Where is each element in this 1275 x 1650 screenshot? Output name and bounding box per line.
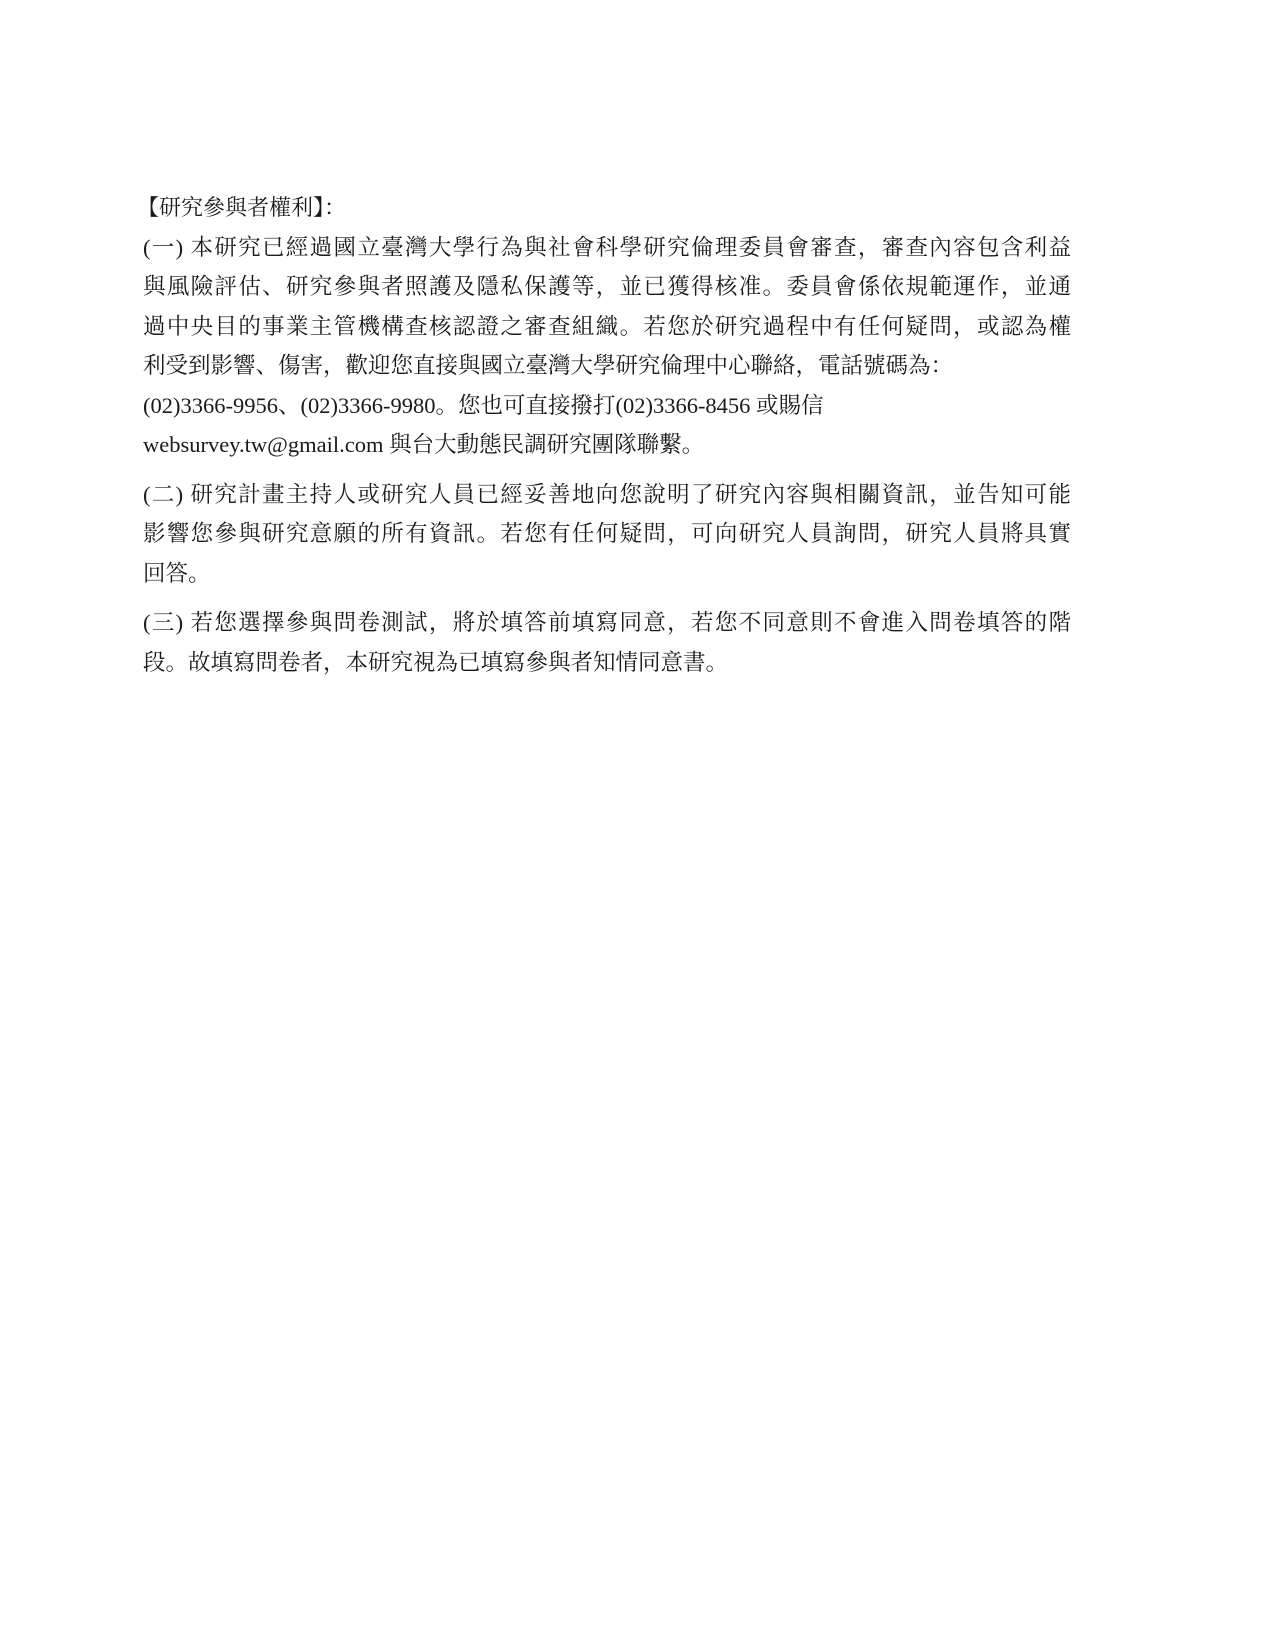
paragraph-1-line-1: (一)本研究已經過國立臺灣大學行為與社會科學研究倫理委員會審查，審查內容包含利益: [143, 228, 1071, 268]
paragraph-3-line-2: 段。故填寫問卷者，本研究視為已填寫參與者知情同意書。: [143, 643, 1071, 683]
paragraph-2-marker: (二): [143, 482, 183, 507]
paragraph-1-line-4: 利受到影響、傷害，歡迎您直接與國立臺灣大學研究倫理中心聯絡，電話號碼為：: [143, 346, 1071, 386]
paragraph-2-line-2: 影響您參與研究意願的所有資訊。若您有任何疑問，可向研究人員詢問，研究人員將具實: [143, 514, 1071, 554]
document-page: 【研究參與者權利】： (一)本研究已經過國立臺灣大學行為與社會科學研究倫理委員會…: [143, 188, 1071, 692]
paragraph-3-line-1: (三)若您選擇參與問卷測試，將於填答前填寫同意，若您不同意則不會進入問卷填答的階: [143, 603, 1071, 643]
paragraph-3: (三)若您選擇參與問卷測試，將於填答前填寫同意，若您不同意則不會進入問卷填答的階…: [143, 603, 1071, 682]
paragraph-3-marker: (三): [143, 610, 183, 635]
paragraph-1-line-6: websurvey.tw@gmail.com 與台大動態民調研究團隊聯繫。: [143, 425, 1071, 465]
paragraph-2: (二)研究計畫主持人或研究人員已經妥善地向您說明了研究內容與相關資訊，並告知可能…: [143, 475, 1071, 594]
paragraph-1-line-5: (02)3366-9956、(02)3366-9980。您也可直接撥打(02)3…: [143, 386, 1071, 426]
paragraph-2-line-1: (二)研究計畫主持人或研究人員已經妥善地向您說明了研究內容與相關資訊，並告知可能: [143, 475, 1071, 515]
paragraph-1-marker: (一): [143, 235, 183, 260]
paragraph-1-line-3: 過中央目的事業主管機構查核認證之審查組織。若您於研究過程中有任何疑問，或認為權: [143, 307, 1071, 347]
paragraph-1-line-2: 與風險評估、研究參與者照護及隱私保護等，並已獲得核准。委員會係依規範運作，並通: [143, 267, 1071, 307]
paragraph-1: (一)本研究已經過國立臺灣大學行為與社會科學研究倫理委員會審查，審查內容包含利益…: [143, 228, 1071, 465]
section-heading: 【研究參與者權利】：: [137, 188, 1071, 228]
paragraph-2-line-3: 回答。: [143, 554, 1071, 594]
